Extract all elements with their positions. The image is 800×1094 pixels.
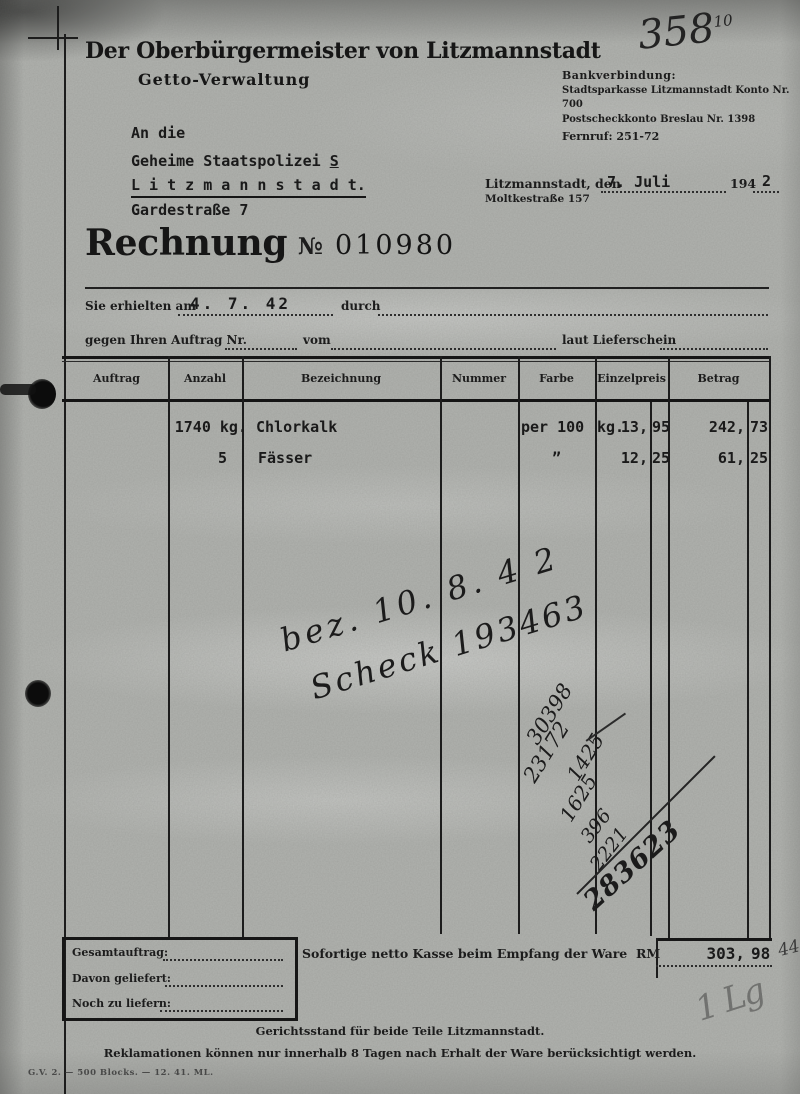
vom-label: vom [303,333,331,347]
table-right-rule [769,356,771,940]
invoice-title: Rechnung [85,222,287,264]
recipient-org-suffix: S [330,152,339,170]
print-code: G.V. 2. — 500 Blocks. — 12. 41. ML. [28,1068,214,1078]
paper-noise-texture [0,0,800,1094]
col-header-nummer: Nummer [440,372,518,385]
table-col-line-betrag-pfennig [747,402,749,940]
col-header-einzelpreis: Einzelpreis [595,372,668,385]
gesamtauftrag-label: Gesamtauftrag: [72,946,168,959]
payment-terms: Sofortige netto Kasse beim Empfang der W… [302,946,627,961]
table-col-line-1 [168,356,170,938]
total-amount-main: 303, [660,944,745,963]
letterhead-subtitle: Getto-Verwaltung [138,70,310,89]
bank-line-1: Stadtsparkasse Litzmannstadt Konto Nr. 7… [562,84,797,113]
row2-betrag-main: 61, [660,449,745,467]
binding-mark-upper-tail [0,384,36,395]
row1-farbe: per 100 [521,418,584,436]
col-header-anzahl: Anzahl [168,372,242,385]
recipient-city: L i t z m a n n s t a d t. [131,176,366,198]
lieferschein-fill [660,347,768,350]
dateline-year-prefix: 194 [730,176,756,191]
bank-line-3: Fernruf: 251-72 [562,130,797,145]
auftrag-fill [225,347,297,350]
row1-bezeichnung: Chlorkalk [256,418,337,436]
binding-mark-lower [25,680,51,707]
received-label: Sie erhielten am [85,299,196,313]
col-header-auftrag: Auftrag [65,372,168,385]
bank-details: Bankverbindung: Stadtsparkasse Litzmanns… [562,69,797,145]
row2-betrag-cents: 25 [750,449,768,467]
dateline-year-fill [753,190,779,193]
footer-claims: Reklamationen können nur innerhalb 8 Tag… [0,1046,800,1060]
lieferschein-label: laut Lieferschein [562,333,676,347]
received-fill-2 [378,313,768,316]
col-header-bezeichnung: Bezeichnung [242,372,440,385]
recipient-line-2: Geheime Staatspolizei S [131,152,339,170]
letterhead-title: Der Oberbürgermeister von Litzmannstadt [85,38,601,64]
row2-farbe: ” [552,449,561,467]
recipient-org: Geheime Staatspolizei [131,152,330,170]
dateline-year-value: 2 [762,172,771,190]
invoice-no-label: № [298,233,323,260]
row2-einzelpreis-main: 12, [600,449,648,467]
corner-cross-mark [28,37,78,39]
table-col-line-2 [242,356,244,938]
separator-rule [85,287,769,289]
row2-bezeichnung: Fässer [258,449,312,467]
total-box-dotted-rule [656,964,772,967]
folio-superscript: 10 [713,11,734,31]
row1-betrag-main: 242, [660,418,745,436]
dateline-date-value: 7. Juli [607,173,670,191]
row1-einzelpreis-main: 13, [600,418,648,436]
invoice-number: 010980 [335,230,456,261]
total-box-left-rule [656,938,658,978]
recipient-line-1: An die [131,124,185,142]
bank-label: Bankverbindung: [562,69,797,84]
dateline-street: Moltkestraße 157 [485,193,590,205]
scanned-invoice-document: 35810 Der Oberbürgermeister von Litzmann… [0,0,800,1094]
durch-label: durch [341,299,380,313]
noch-zu-liefern-fill [160,1009,283,1012]
row1-betrag-cents: 73 [750,418,768,436]
vom-fill [331,347,556,350]
col-header-betrag: Betrag [668,372,769,385]
noch-zu-liefern-label: Noch zu liefern: [72,997,171,1010]
corner-cross-mark-vertical [57,6,59,50]
gesamtauftrag-fill [163,958,283,961]
total-box-top-rule [656,938,772,941]
bank-line-2: Postscheckkonto Breslau Nr. 1398 [562,113,797,128]
total-amount-cents: 98 [751,944,770,963]
received-date: 4. 7. 42 [190,294,291,313]
col-header-farbe: Farbe [518,372,595,385]
davon-geliefert-fill [165,984,283,987]
folio-number: 358 [636,5,717,59]
received-fill-1 [178,313,333,316]
row2-anzahl: 5 [172,449,227,467]
auftrag-nr-label: gegen Ihren Auftrag Nr. [85,333,247,347]
dateline-place: Litzmannstadt, den [485,176,621,191]
footer-jurisdiction: Gerichtsstand für beide Teile Litzmannst… [0,1024,800,1038]
row1-anzahl: 1740 kg. [172,418,247,436]
recipient-street: Gardestraße 7 [131,201,248,219]
margin-rule [64,34,66,1094]
davon-geliefert-label: Davon geliefert: [72,972,171,985]
